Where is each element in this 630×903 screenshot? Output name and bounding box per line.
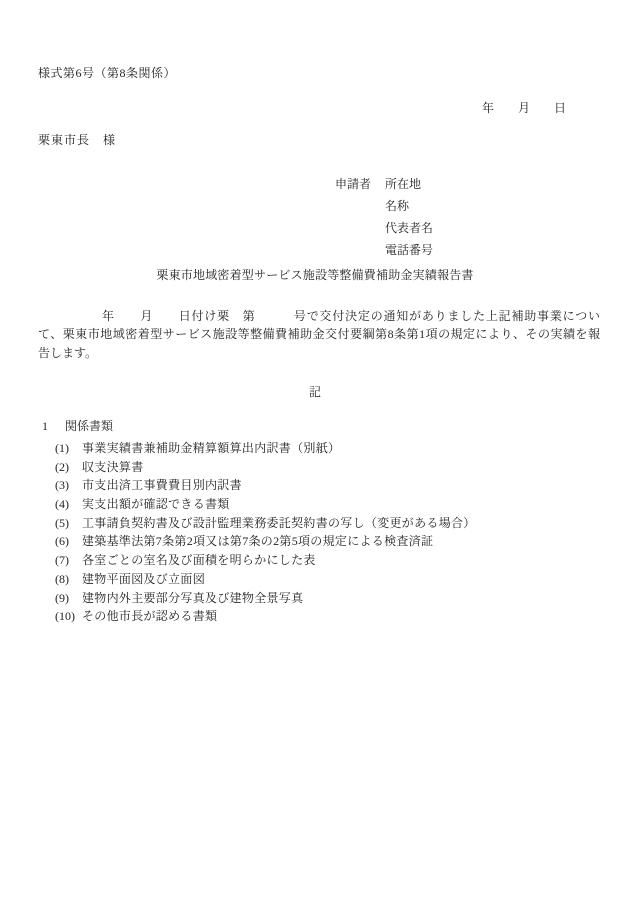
list-item-text: 建物平面図及び立面図 (82, 570, 600, 589)
list-item-text: 工事請負契約書及び設計監理業務委託契約書の写し（変更がある場合） (82, 514, 600, 533)
body-line-3: 告します。 (38, 344, 600, 362)
list-item-text: その他市長が認める書類 (82, 607, 600, 626)
list-item: (4) 実支出額が確認できる書類 (55, 495, 600, 514)
document-page: 様式第6号（第8条関係） 年 月 日 栗東市長 様 申請者 所在地 名称 代表者… (0, 0, 630, 903)
list-item-text: 収支決算書 (82, 458, 600, 477)
list-item: (6) 建築基準法第7条第2項又は第7条の2第5項の規定による検査済証 (55, 532, 600, 551)
list-item-text: 事業実績書兼補助金精算額算出内訳書（別紙） (82, 439, 600, 458)
list-item: (5) 工事請負契約書及び設計監理業務委託契約書の写し（変更がある場合） (55, 514, 600, 533)
list-item-number: (7) (55, 551, 82, 570)
applicant-field-address: 所在地 (385, 173, 433, 195)
list-item-text: 各室ごとの室名及び面積を明らかにした表 (82, 551, 600, 570)
section-title: 関係書類 (65, 419, 113, 433)
section-number: 1 (42, 419, 65, 434)
list-item-number: (6) (55, 532, 82, 551)
list-item-text: 実支出額が確認できる書類 (82, 495, 600, 514)
body-line-1: 年 月 日付け栗 第 号で交付決定の通知がありました上記補助事業につい (38, 307, 600, 325)
list-item-text: 建物内外主要部分写真及び建物全景写真 (82, 589, 600, 608)
form-number: 様式第6号（第8条関係） (38, 64, 176, 81)
list-item: (10) その他市長が認める書類 (55, 607, 600, 626)
related-documents-list: (1) 事業実績書兼補助金精算額算出内訳書（別紙） (2) 収支決算書 (3) … (55, 439, 600, 626)
list-item: (7) 各室ごとの室名及び面積を明らかにした表 (55, 551, 600, 570)
date-line: 年 月 日 (482, 99, 566, 116)
body-line-2: て、栗東市地域密着型サービス施設等整備費補助金交付要綱第8条第1項の規定により、… (38, 325, 600, 343)
list-item: (2) 収支決算書 (55, 458, 600, 477)
list-item-number: (3) (55, 476, 82, 495)
applicant-fields: 所在地 名称 代表者名 電話番号 (385, 173, 433, 261)
applicant-field-representative: 代表者名 (385, 217, 433, 239)
applicant-field-name: 名称 (385, 195, 433, 217)
list-item-number: (4) (55, 495, 82, 514)
list-item-text: 市支出済工事費費目別内訳書 (82, 476, 600, 495)
list-item-number: (10) (55, 607, 82, 626)
record-marker: 記 (0, 383, 630, 400)
list-item-number: (5) (55, 514, 82, 533)
addressee: 栗東市長 様 (38, 131, 116, 148)
list-item-number: (1) (55, 439, 82, 458)
applicant-field-phone: 電話番号 (385, 239, 433, 261)
list-item-number: (2) (55, 458, 82, 477)
list-item: (8) 建物平面図及び立面図 (55, 570, 600, 589)
list-item: (9) 建物内外主要部分写真及び建物全景写真 (55, 589, 600, 608)
applicant-label: 申請者 (335, 173, 385, 261)
applicant-block: 申請者 所在地 名称 代表者名 電話番号 (335, 173, 433, 261)
document-title: 栗東市地域密着型サービス施設等整備費補助金実績報告書 (0, 266, 630, 283)
list-item: (1) 事業実績書兼補助金精算額算出内訳書（別紙） (55, 439, 600, 458)
list-item: (3) 市支出済工事費費目別内訳書 (55, 476, 600, 495)
list-item-number: (9) (55, 589, 82, 608)
body-paragraph: 年 月 日付け栗 第 号で交付決定の通知がありました上記補助事業につい て、栗東… (38, 307, 600, 362)
list-item-text: 建築基準法第7条第2項又は第7条の2第5項の規定による検査済証 (82, 532, 600, 551)
list-item-number: (8) (55, 570, 82, 589)
section-heading: 1関係書類 (42, 417, 113, 434)
